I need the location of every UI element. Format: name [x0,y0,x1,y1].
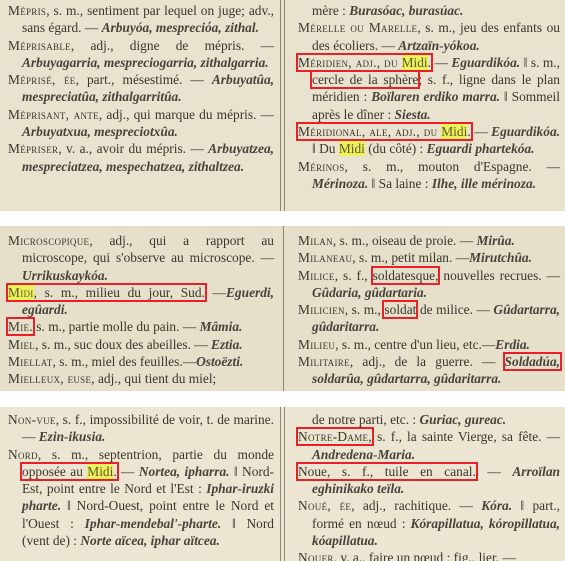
annotation-box: Noue, s. f., tuile en canal. [298,464,476,479]
right-column: Milan, s. m., oiseau de proie. — Mirûa. … [298,232,560,388]
left-column: Mépris, s. m., sentiment par lequel on j… [8,2,274,175]
entry-notre-dame: Notre-Dame, s. f., la sainte Vierge, sa … [298,428,560,463]
entry-meprisant: Méprisant, ante, adj., qui marque du mép… [8,106,274,141]
entry-meprise: Méprisé, ée, part., mésestimé. — Arbuyat… [8,71,274,106]
column-rule [280,0,281,211]
entry-midi: Midi, s. m., milieu du jour, Sud. —Eguer… [8,284,274,319]
entry-merelle: Mérelle ou Marelle, s. m., jeu des enfan… [298,19,560,54]
annotation-box: opposée au Midi. [22,464,117,479]
highlight-midi: Midi [402,55,428,70]
entry-milice: Milice, s. f., soldatesque, nouvelles re… [298,267,560,302]
annotation-box: soldat [384,302,416,317]
entry-continuation: de notre parti, etc. : Guriac, gureac. [298,411,560,428]
entry-milicien: Milicien, s. m., soldat de milice. — Gûd… [298,301,560,336]
entry-miellat: Miellat, s. m., miel des feuilles.—Ostoë… [8,353,274,370]
entry-merinos: Mérinos, s. m., mouton d'Espagne. — Méri… [298,158,560,193]
entry-mielleux: Mielleux, euse, adj., qui tient du miel; [8,370,274,387]
entry-meridional: Méridional, ale, adj., du Midi. — Eguard… [298,123,560,158]
highlight-midi: Midi [87,464,113,479]
entry-mepris: Mépris, s. m., sentiment par lequel on j… [8,2,274,37]
annotation-box: soldatesque, [373,268,439,283]
entry-continuation: mère : Burasóac, burasúac. [298,2,560,19]
annotation-box: Mie. [8,319,33,334]
highlight-midi: Midi [339,141,365,156]
left-column: Microscopique, adj., qui a rapport au mi… [8,232,274,388]
entry-milaneau: Milaneau, s. m., petit milan. —Mirutchûa… [298,249,560,266]
column-rule [284,0,285,211]
entry-militaire: Militaire, adj., de la guerre. — Soldadú… [298,353,560,388]
right-column: de notre parti, etc. : Guriac, gureac. N… [298,411,560,561]
entry-milieu: Milieu, s. m., centre d'un lieu, etc.—Er… [298,336,560,353]
column-rule [283,226,284,391]
dictionary-strip-3: Non-vue, s. f., impossibilité de voir, t… [0,407,565,561]
dictionary-strip-1: Mépris, s. m., sentiment par lequel on j… [0,0,565,211]
entry-noue-adj: Noué, ée, adj., rachitique. — Kóra. ‖ pa… [298,497,560,549]
annotation-box: Notre-Dame, [298,429,372,444]
dictionary-strip-2: Microscopique, adj., qui a rapport au mi… [0,226,565,391]
entry-nouer: Nouer, v. a., faire un nœud ; fig., lier… [298,549,560,561]
entry-milan: Milan, s. m., oiseau de proie. — Mirûa. [298,232,560,249]
entry-mie: Mie. s. m., partie molle du pain. — Mâmi… [8,318,274,335]
entry-miel: Miel, s. m., suc doux des abeilles. — Ez… [8,336,274,353]
entry-mepriser: Mépriser, v. a., avoir du mépris. — Arbu… [8,140,274,175]
entry-nord: Nord, s. m., septentrion, partie du mond… [8,446,274,550]
entry-microscopique: Microscopique, adj., qui a rapport au mi… [8,232,274,284]
annotation-box: Soldadúa, [505,354,560,369]
annotation-box: Méridien, adj., du Midi. [298,55,431,70]
left-column: Non-vue, s. f., impossibilité de voir, t… [8,411,274,549]
annotation-box: Méridional, ale, adj., du Midi. [298,124,471,139]
entry-noue: Noue, s. f., tuile en canal. — Arroïlan … [298,463,560,498]
column-rule [280,407,281,561]
highlight-midi: Midi [8,285,34,300]
annotation-box: Midi, s. m., milieu du jour, Sud. [8,285,205,300]
entry-meridien: Méridien, adj., du Midi. — Eguardikóa. ‖… [298,54,560,123]
highlight-midi: Midi [441,124,467,139]
entry-meprisable: Méprisable, adj., digne de mépris. — Arb… [8,37,274,72]
column-rule [284,407,285,561]
right-column: mère : Burasóac, burasúac. Mérelle ou Ma… [298,2,560,192]
entry-non-vue: Non-vue, s. f., impossibilité de voir, t… [8,411,274,446]
annotation-box: cercle de la sphère [312,72,418,87]
